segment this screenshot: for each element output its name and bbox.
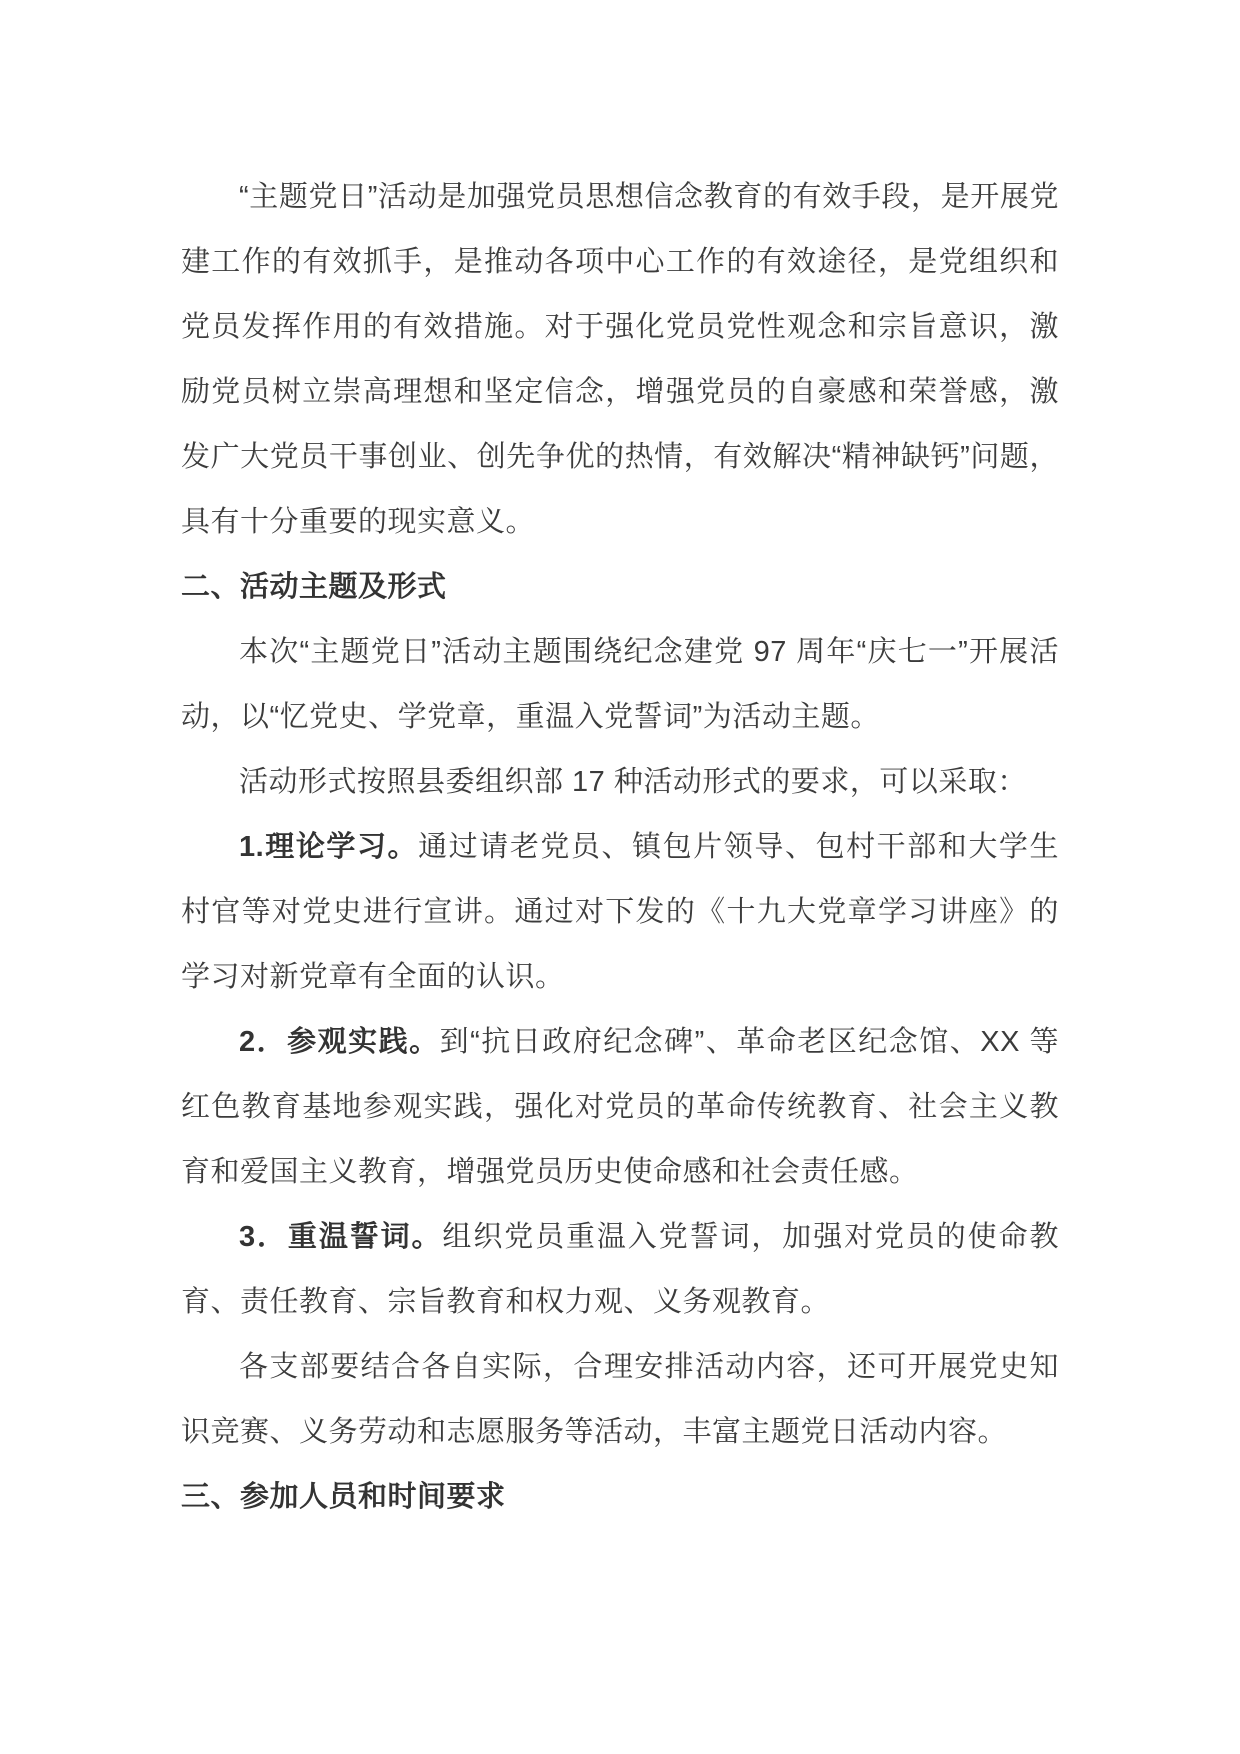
paragraph: 2．参观实践。到“抗日政府纪念碑”、革命老区纪念馆、XX 等红色教育基地参观实践… — [181, 1010, 1059, 1205]
section-heading: 三、参加人员和时间要求 — [181, 1465, 1059, 1530]
section-heading: 二、活动主题及形式 — [181, 555, 1059, 620]
text-run: 各支部要结合各自实际，合理安排活动内容，还可开展党史知识竞赛、义务劳动和志愿服务… — [181, 1351, 1059, 1448]
text-run: “主题党日”活动是加强党员思想信念教育的有效手段，是开展党建工作的有效抓手，是推… — [181, 181, 1059, 538]
text-run: 1.理论学习。 — [239, 831, 418, 863]
paragraph: 活动形式按照县委组织部 17 种活动形式的要求，可以采取： — [181, 750, 1059, 815]
text-run: 3．重温誓词。 — [239, 1221, 442, 1253]
paragraph: 各支部要结合各自实际，合理安排活动内容，还可开展党史知识竞赛、义务劳动和志愿服务… — [181, 1335, 1059, 1465]
text-run: 2．参观实践。 — [239, 1026, 440, 1058]
paragraph: 3．重温誓词。组织党员重温入党誓词，加强对党员的使命教育、责任教育、宗旨教育和权… — [181, 1205, 1059, 1335]
document-page: “主题党日”活动是加强党员思想信念教育的有效手段，是开展党建工作的有效抓手，是推… — [0, 0, 1240, 1754]
text-run: 三、参加人员和时间要求 — [181, 1481, 506, 1513]
text-run: 二、活动主题及形式 — [181, 571, 447, 603]
text-run: 本次“主题党日”活动主题围绕纪念建党 97 周年“庆七一”开展活动，以“忆党史、… — [181, 636, 1059, 733]
paragraph: 1.理论学习。通过请老党员、镇包片领导、包村干部和大学生村官等对党史进行宣讲。通… — [181, 815, 1059, 1010]
paragraph: 本次“主题党日”活动主题围绕纪念建党 97 周年“庆七一”开展活动，以“忆党史、… — [181, 620, 1059, 750]
paragraph: “主题党日”活动是加强党员思想信念教育的有效手段，是开展党建工作的有效抓手，是推… — [181, 165, 1059, 555]
text-run: 活动形式按照县委组织部 17 种活动形式的要求，可以采取： — [239, 766, 1027, 798]
document-body: “主题党日”活动是加强党员思想信念教育的有效手段，是开展党建工作的有效抓手，是推… — [181, 165, 1059, 1530]
